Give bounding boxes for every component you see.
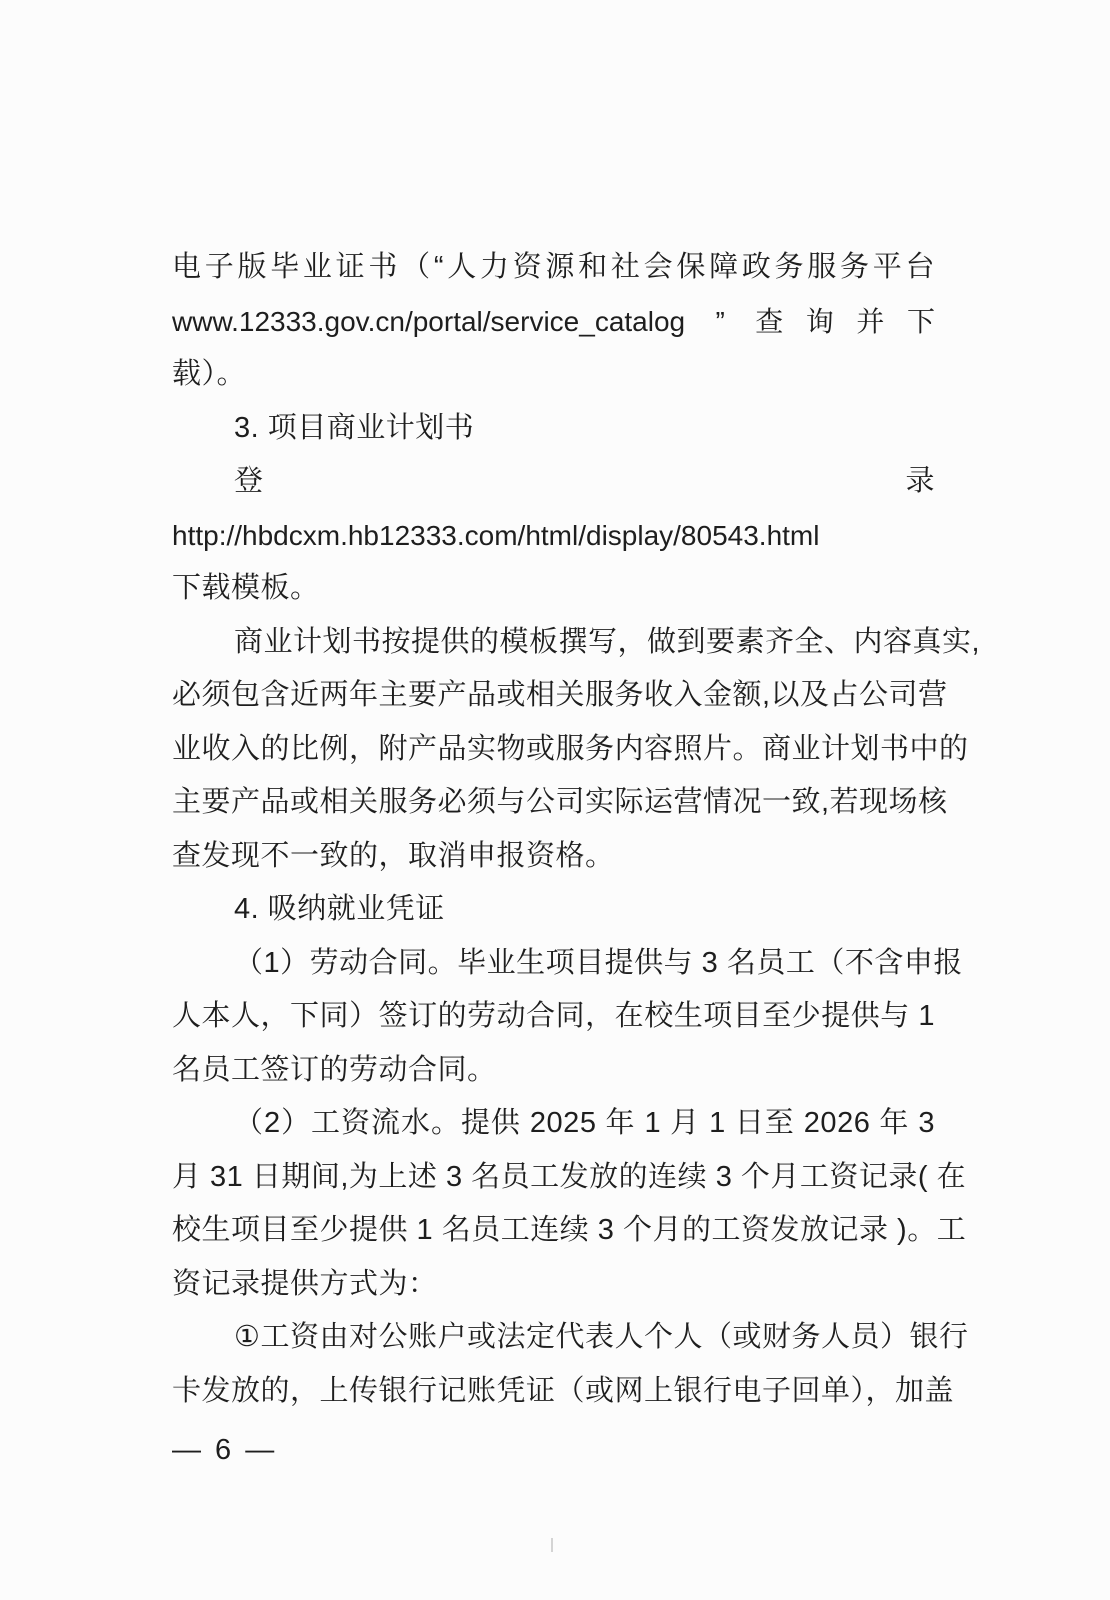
document-line-11: 主要产品或相关服务必须与公司实际运营情况一致,若现场核 [172,776,935,830]
document-body: 电子版毕业证书（“人力资源和社会保障政务服务平台www.12333.gov.cn… [172,241,935,1418]
section-heading-3: 3. 项目商业计划书 [172,402,935,456]
document-line-7: 下载模板。 [172,562,935,616]
document-line-9: 必须包含近两年主要产品或相关服务收入金额,以及占公司营 [172,669,935,723]
scan-artifact [551,1538,553,1552]
document-line-1: 电子版毕业证书（“人力资源和社会保障政务服务平台 [172,241,935,295]
url-line-hbdcxm: http://hbdcxm.hb12333.com/html/display/8… [172,509,935,563]
document-line-15: 人本人，下同）签订的劳动合同，在校生项目至少提供与 1 [172,990,935,1044]
document-line-22: 卡发放的，上传银行记账凭证（或网上银行电子回单），加盖 [172,1365,935,1419]
document-line-20: 资记录提供方式为： [172,1258,935,1312]
document-line-17: （2）工资流水。提供 2025 年 1 月 1 日至 2026 年 3 [172,1097,935,1151]
split-line-left-text: 登 [234,455,264,509]
document-line-21: ①工资由对公账户或法定代表人个人（或财务人员）银行 [172,1311,935,1365]
split-line-dengru: 登录 [172,455,935,509]
document-line-18: 月 31 日期间,为上述 3 名员工发放的连续 3 个月工资记录( 在 [172,1151,935,1205]
document-line-14: （1）劳动合同。毕业生项目提供与 3 名员工（不含申报 [172,937,935,991]
document-line-10: 业收入的比例，附产品实物或服务内容照片。商业计划书中的 [172,723,935,777]
document-line-3: 载）。 [172,348,935,402]
page-number: — 6 — [172,1424,277,1477]
split-line-right-text: 录 [905,455,935,509]
document-line-8: 商业计划书按提供的模板撰写，做到要素齐全、内容真实, [172,616,935,670]
section-heading-4: 4. 吸纳就业凭证 [172,883,935,937]
document-line-16: 名员工签订的劳动合同。 [172,1044,935,1098]
url-line-12333: www.12333.gov.cn/portal/service_catalog … [172,295,935,349]
document-line-19: 校生项目至少提供 1 名员工连续 3 个月的工资发放记录 )。工 [172,1204,935,1258]
document-page: 电子版毕业证书（“人力资源和社会保障政务服务平台www.12333.gov.cn… [0,0,1110,1600]
document-line-12: 查发现不一致的，取消申报资格。 [172,830,935,884]
